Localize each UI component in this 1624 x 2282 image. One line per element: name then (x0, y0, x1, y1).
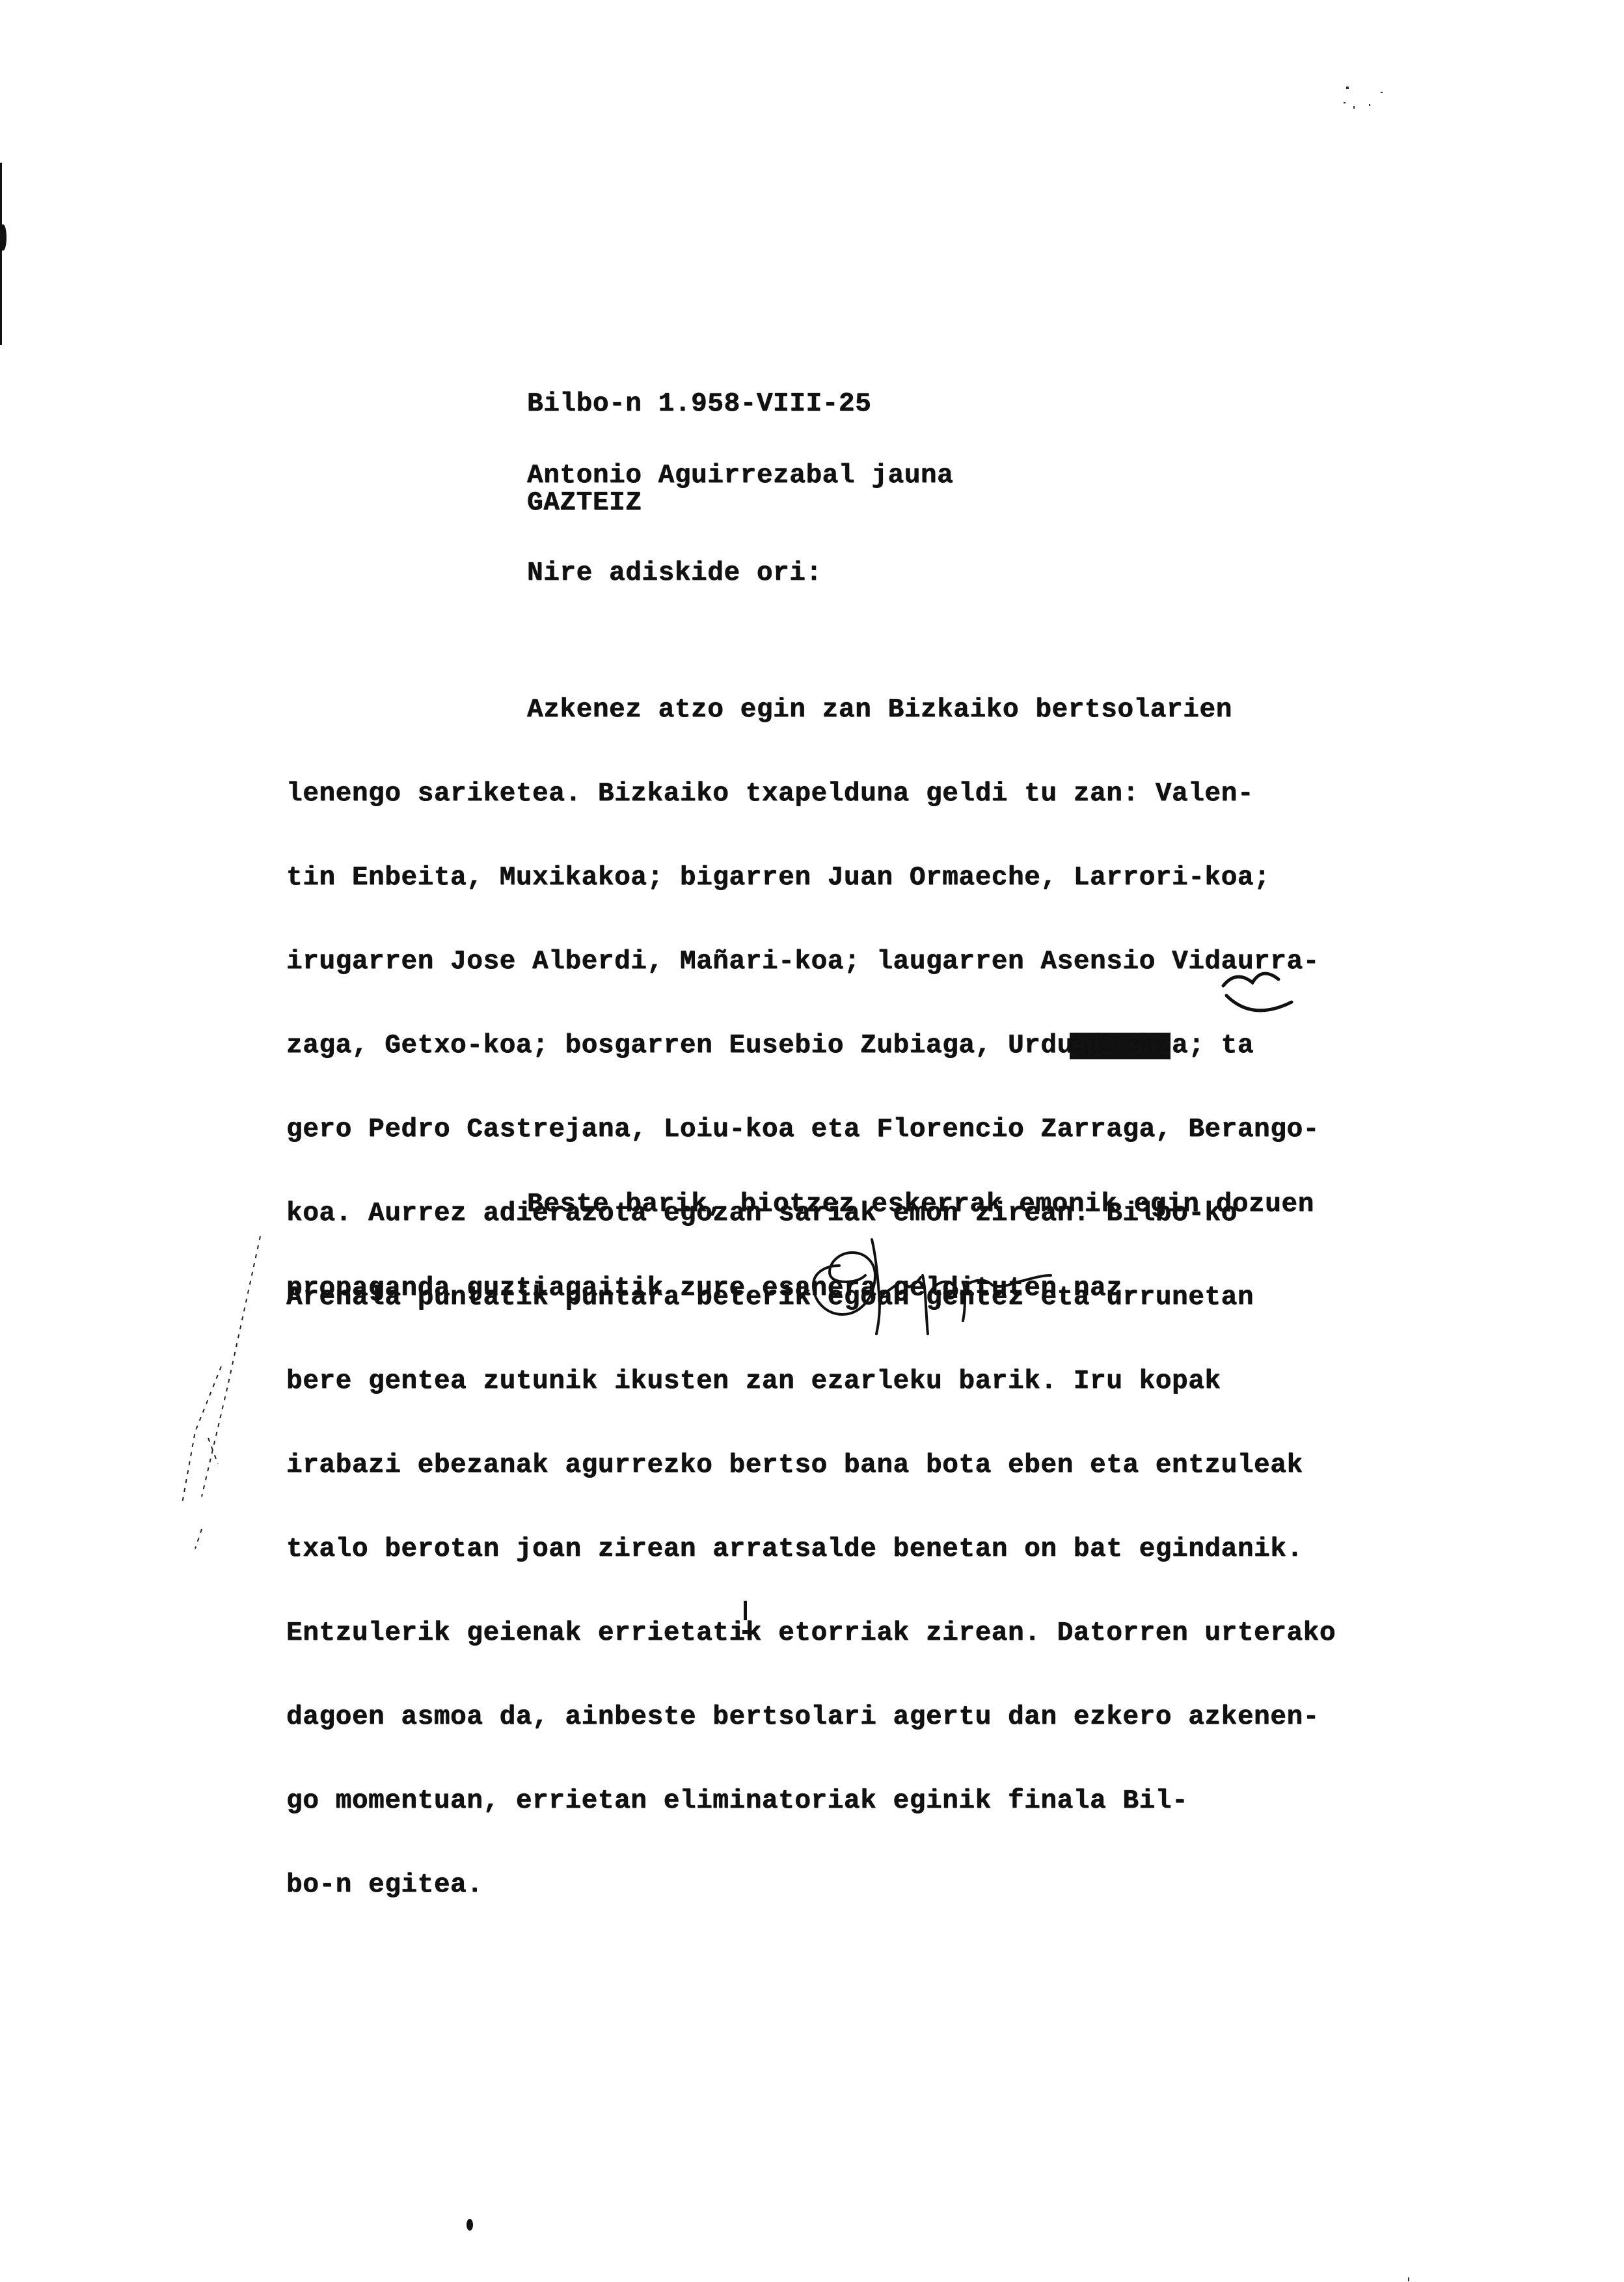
letter-page: Bilbo-n 1.958-VIII-25 Antonio Aguirrezab… (0, 0, 1624, 2282)
stray-mark (742, 1630, 748, 1634)
ink-dot (467, 2219, 473, 2231)
specks (1344, 87, 1409, 2281)
pencil-streaks (182, 1236, 260, 1549)
handwritten-correction (1223, 973, 1292, 1011)
signature (813, 1240, 1051, 1334)
stray-mark (744, 1601, 747, 1620)
handwritten-marks (0, 0, 1624, 2282)
